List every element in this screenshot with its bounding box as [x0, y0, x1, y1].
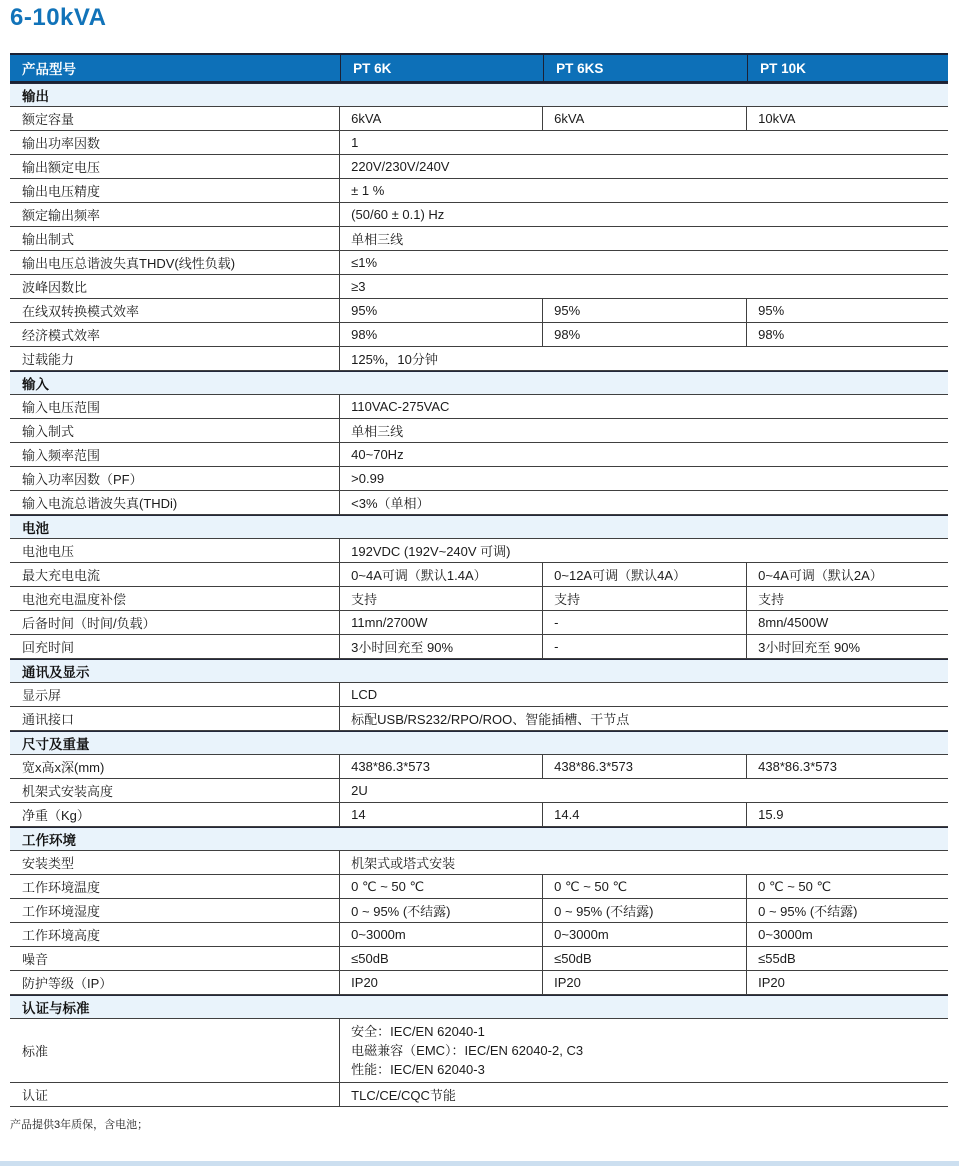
spec-value: ≤50dB	[340, 947, 543, 970]
spec-value: 3小时回充至 90%	[747, 635, 948, 658]
spec-row: 输入电压范围110VAC-275VAC	[10, 395, 948, 419]
spec-label: 波峰因数比	[10, 275, 340, 298]
spec-value: 0 ~ 95% (不结露)	[340, 899, 543, 922]
spec-value: ≤50dB	[543, 947, 747, 970]
spec-value: 0~3000m	[340, 923, 543, 946]
spec-value: 438*86.3*573	[747, 755, 948, 778]
spec-table: 产品型号 PT 6K PT 6KS PT 10K 输出额定容量6kVA6kVA1…	[10, 53, 948, 1107]
section-title: 通讯及显示	[10, 660, 948, 682]
spec-row: 工作环境温度0 ℃ ~ 50 ℃0 ℃ ~ 50 ℃0 ℃ ~ 50 ℃	[10, 875, 948, 899]
spec-row: 输出制式单相三线	[10, 227, 948, 251]
spec-row: 认证TLC/CE/CQC节能	[10, 1083, 948, 1107]
spec-label: 过载能力	[10, 347, 340, 370]
spec-value: 安全：IEC/EN 62040-1 电磁兼容（EMC）：IEC/EN 62040…	[340, 1019, 948, 1082]
spec-row: 后备时间（时间/负载）11mn/2700W-8mn/4500W	[10, 611, 948, 635]
spec-value: 6kVA	[543, 107, 747, 130]
spec-value: 2U	[340, 779, 948, 802]
spec-value: 单相三线	[340, 227, 948, 250]
spec-label: 工作环境温度	[10, 875, 340, 898]
section-title: 工作环境	[10, 828, 948, 850]
section-title: 尺寸及重量	[10, 732, 948, 754]
spec-label: 工作环境高度	[10, 923, 340, 946]
spec-label: 经济模式效率	[10, 323, 340, 346]
spec-row: 防护等级（IP）IP20IP20IP20	[10, 971, 948, 995]
spec-row: 工作环境湿度0 ~ 95% (不结露)0 ~ 95% (不结露)0 ~ 95% …	[10, 899, 948, 923]
spec-label: 电池电压	[10, 539, 340, 562]
spec-label: 噪音	[10, 947, 340, 970]
spec-value: 14.4	[543, 803, 747, 826]
spec-value: 125%，10分钟	[340, 347, 948, 370]
table-header-row: 产品型号 PT 6K PT 6KS PT 10K	[10, 53, 948, 83]
spec-value: 438*86.3*573	[340, 755, 543, 778]
page-title: 6-10kVA	[10, 4, 959, 32]
spec-label: 输入电压范围	[10, 395, 340, 418]
section-header-row: 通讯及显示	[10, 659, 948, 683]
spec-value: 98%	[747, 323, 948, 346]
spec-value: 0~3000m	[747, 923, 948, 946]
spec-label: 标准	[10, 1019, 340, 1082]
spec-value: 0 ℃ ~ 50 ℃	[340, 875, 543, 898]
spec-label: 净重（Kg）	[10, 803, 340, 826]
spec-label: 额定输出频率	[10, 203, 340, 226]
spec-label: 输出功率因数	[10, 131, 340, 154]
header-pt-6k: PT 6K	[340, 55, 543, 81]
spec-value: 0~12A可调（默认4A）	[543, 563, 747, 586]
spec-value: 14	[340, 803, 543, 826]
section-header-row: 电池	[10, 515, 948, 539]
spec-value: 11mn/2700W	[340, 611, 543, 634]
spec-value: 220V/230V/240V	[340, 155, 948, 178]
spec-row: 安装类型机架式或塔式安装	[10, 851, 948, 875]
spec-label: 输入制式	[10, 419, 340, 442]
spec-row: 输出电压精度± 1 %	[10, 179, 948, 203]
warranty-footnote: 产品提供3年质保，含电池；	[10, 1116, 959, 1132]
spec-value: ± 1 %	[340, 179, 948, 202]
spec-value: ≥3	[340, 275, 948, 298]
spec-value: 支持	[340, 587, 543, 610]
section-header-row: 认证与标准	[10, 995, 948, 1019]
header-product-model: 产品型号	[10, 55, 340, 81]
spec-label: 通讯接口	[10, 707, 340, 730]
section-header-row: 工作环境	[10, 827, 948, 851]
section-header-row: 尺寸及重量	[10, 731, 948, 755]
spec-row: 输入频率范围40~70Hz	[10, 443, 948, 467]
spec-value: 0 ~ 95% (不结露)	[747, 899, 948, 922]
spec-row: 电池电压192VDC (192V~240V 可调)	[10, 539, 948, 563]
spec-value: 0~4A可调（默认2A）	[747, 563, 948, 586]
spec-value: 95%	[340, 299, 543, 322]
spec-label: 防护等级（IP）	[10, 971, 340, 994]
spec-value: 支持	[747, 587, 948, 610]
table-body: 输出额定容量6kVA6kVA10kVA输出功率因数1输出额定电压220V/230…	[10, 83, 948, 1107]
spec-value: IP20	[340, 971, 543, 994]
spec-label: 输出电压总谐波失真THDV(线性负载)	[10, 251, 340, 274]
spec-label: 工作环境湿度	[10, 899, 340, 922]
section-title: 输入	[10, 372, 948, 394]
spec-value: ≤1%	[340, 251, 948, 274]
bottom-decoration-strip	[0, 1161, 959, 1166]
spec-label: 宽x高x深(mm)	[10, 755, 340, 778]
spec-value: 438*86.3*573	[543, 755, 747, 778]
spec-value: 40~70Hz	[340, 443, 948, 466]
spec-label: 输入电流总谐波失真(THDi)	[10, 491, 340, 514]
spec-value: -	[543, 611, 747, 634]
section-header-row: 输入	[10, 371, 948, 395]
spec-row: 显示屏LCD	[10, 683, 948, 707]
datasheet-page: 6-10kVA 产品型号 PT 6K PT 6KS PT 10K 输出额定容量6…	[0, 4, 959, 1132]
spec-row: 经济模式效率98%98%98%	[10, 323, 948, 347]
spec-value: LCD	[340, 683, 948, 706]
spec-row: 输出额定电压220V/230V/240V	[10, 155, 948, 179]
spec-row: 净重（Kg）1414.415.9	[10, 803, 948, 827]
spec-value: 支持	[543, 587, 747, 610]
spec-label: 认证	[10, 1083, 340, 1106]
spec-row: 输入制式单相三线	[10, 419, 948, 443]
header-pt-6ks: PT 6KS	[543, 55, 747, 81]
spec-row: 通讯接口标配USB/RS232/RPO/ROO、智能插槽、干节点	[10, 707, 948, 731]
spec-row: 机架式安装高度2U	[10, 779, 948, 803]
spec-row: 回充时间3小时回充至 90%-3小时回充至 90%	[10, 635, 948, 659]
spec-row: 标准安全：IEC/EN 62040-1 电磁兼容（EMC）：IEC/EN 620…	[10, 1019, 948, 1083]
spec-value: 0 ~ 95% (不结露)	[543, 899, 747, 922]
spec-label: 输入功率因数（PF）	[10, 467, 340, 490]
spec-label: 电池充电温度补偿	[10, 587, 340, 610]
spec-label: 输出额定电压	[10, 155, 340, 178]
spec-row: 输出功率因数1	[10, 131, 948, 155]
spec-label: 机架式安装高度	[10, 779, 340, 802]
spec-value: IP20	[543, 971, 747, 994]
spec-value: -	[543, 635, 747, 658]
spec-label: 在线双转换模式效率	[10, 299, 340, 322]
spec-value: 0 ℃ ~ 50 ℃	[543, 875, 747, 898]
spec-value: ≤55dB	[747, 947, 948, 970]
spec-value: 95%	[543, 299, 747, 322]
spec-row: 在线双转换模式效率95%95%95%	[10, 299, 948, 323]
spec-label: 输出制式	[10, 227, 340, 250]
section-title: 电池	[10, 516, 948, 538]
spec-value: 6kVA	[340, 107, 543, 130]
section-title: 输出	[10, 84, 948, 106]
spec-row: 波峰因数比≥3	[10, 275, 948, 299]
spec-row: 输入功率因数（PF）>0.99	[10, 467, 948, 491]
spec-label: 显示屏	[10, 683, 340, 706]
section-header-row: 输出	[10, 83, 948, 107]
spec-value: IP20	[747, 971, 948, 994]
spec-value: 1	[340, 131, 948, 154]
spec-value: 98%	[340, 323, 543, 346]
spec-value: 0~3000m	[543, 923, 747, 946]
spec-value: 机架式或塔式安装	[340, 851, 948, 874]
spec-value: 8mn/4500W	[747, 611, 948, 634]
spec-row: 工作环境高度0~3000m0~3000m0~3000m	[10, 923, 948, 947]
spec-value: (50/60 ± 0.1) Hz	[340, 203, 948, 226]
spec-value: >0.99	[340, 467, 948, 490]
spec-value: 0~4A可调（默认1.4A）	[340, 563, 543, 586]
section-title: 认证与标准	[10, 996, 948, 1018]
spec-label: 输出电压精度	[10, 179, 340, 202]
spec-value: TLC/CE/CQC节能	[340, 1083, 948, 1106]
header-pt-10k: PT 10K	[747, 55, 948, 81]
spec-row: 电池充电温度补偿支持支持支持	[10, 587, 948, 611]
spec-value: 98%	[543, 323, 747, 346]
spec-value: 15.9	[747, 803, 948, 826]
spec-row: 额定容量6kVA6kVA10kVA	[10, 107, 948, 131]
spec-value: 10kVA	[747, 107, 948, 130]
spec-value: 0 ℃ ~ 50 ℃	[747, 875, 948, 898]
spec-value: <3%（单相）	[340, 491, 948, 514]
spec-value: 110VAC-275VAC	[340, 395, 948, 418]
spec-row: 噪音≤50dB≤50dB≤55dB	[10, 947, 948, 971]
spec-row: 输出电压总谐波失真THDV(线性负载)≤1%	[10, 251, 948, 275]
spec-label: 最大充电电流	[10, 563, 340, 586]
spec-label: 安装类型	[10, 851, 340, 874]
spec-row: 最大充电电流0~4A可调（默认1.4A）0~12A可调（默认4A）0~4A可调（…	[10, 563, 948, 587]
spec-row: 宽x高x深(mm)438*86.3*573438*86.3*573438*86.…	[10, 755, 948, 779]
spec-row: 额定输出频率(50/60 ± 0.1) Hz	[10, 203, 948, 227]
spec-row: 过载能力125%，10分钟	[10, 347, 948, 371]
spec-label: 后备时间（时间/负载）	[10, 611, 340, 634]
spec-value: 标配USB/RS232/RPO/ROO、智能插槽、干节点	[340, 707, 948, 730]
spec-value: 95%	[747, 299, 948, 322]
spec-label: 输入频率范围	[10, 443, 340, 466]
spec-label: 回充时间	[10, 635, 340, 658]
spec-label: 额定容量	[10, 107, 340, 130]
spec-value: 192VDC (192V~240V 可调)	[340, 539, 948, 562]
spec-row: 输入电流总谐波失真(THDi)<3%（单相）	[10, 491, 948, 515]
spec-value: 3小时回充至 90%	[340, 635, 543, 658]
spec-value: 单相三线	[340, 419, 948, 442]
